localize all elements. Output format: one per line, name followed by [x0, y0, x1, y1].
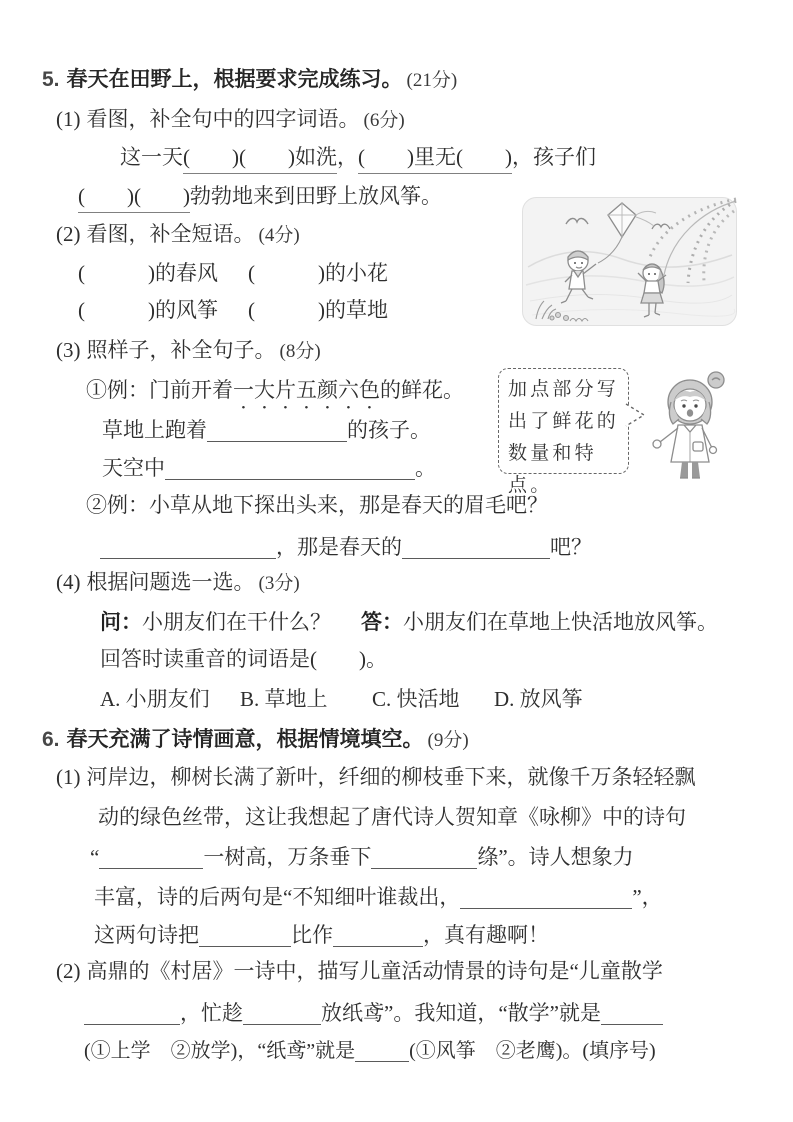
q5-part4-heading: (4)根据问题选一选。(3分) — [56, 567, 300, 599]
q6-part2-line1: (2)高鼎的《村居》一诗中，描写儿童活动情景的诗句是“儿童散学 — [56, 956, 663, 986]
girl-mascot-icon — [640, 368, 745, 486]
question-5-heading: 5.春天在田野上，根据要求完成练习。(21分) — [42, 64, 457, 96]
sentence-text: “ — [90, 845, 99, 869]
q5-p1-sentence-line1: 这一天( )( )如洗，( )里无( )，孩子们 — [120, 142, 596, 172]
sentence-text: 草地上跑着 — [102, 418, 207, 442]
question-5-points: (21分) — [407, 70, 458, 91]
sentence-text: ”， — [632, 885, 662, 909]
children-flying-kite-icon — [522, 197, 737, 326]
sentence-text: 河岸边，柳树长满了新叶，纤细的柳枝垂下来，就像千万条轻轻飘 — [87, 765, 696, 789]
answer-blank — [243, 1003, 321, 1025]
sentence-text: 。 — [415, 456, 436, 480]
q5-p4-question-answer: 问：小朋友们在干什么？答：小朋友们在草地上快活地放风筝。 — [100, 607, 718, 638]
answer-blank — [199, 925, 291, 947]
sentence-text: ，孩子们 — [512, 145, 596, 169]
sentence-text: 比作 — [291, 923, 333, 947]
sentence-text: 这两句诗把 — [94, 923, 199, 947]
sentence-text: ， — [337, 145, 358, 169]
sentence-text: 天空中 — [102, 456, 165, 480]
answer-label: 答： — [361, 611, 403, 634]
q6-part1-line1: (1)河岸边，柳树长满了新叶，纤细的柳枝垂下来，就像千万条轻轻飘 — [56, 762, 696, 792]
question-6-heading: 6.春天充满了诗情画意，根据情境填空。(9分) — [42, 724, 469, 756]
sentence-text: 放纸鸢”。我知道，“散学”就是 — [321, 1001, 601, 1025]
bubble-text-line: 加点部分写 — [508, 374, 619, 406]
question-5-number: 5. — [42, 68, 60, 91]
sentence-text: 吧？ — [550, 535, 592, 559]
part3-title: 照样子，补全句子。 — [87, 338, 276, 362]
sentence-text: 动的绿色丝带，这让我想起了唐代诗人贺知章《咏柳》中的诗句 — [98, 805, 686, 829]
sentence-text: 一树高，万条垂下 — [203, 845, 371, 869]
sentence-text: 高鼎的《村居》一诗中，描写儿童活动情景的诗句是“儿童散学 — [87, 959, 663, 983]
sentence-text: (①风筝 ②老鹰)。(填序号) — [409, 1040, 656, 1062]
part4-title: 根据问题选一选。 — [87, 570, 255, 594]
part1-points: (6分) — [364, 110, 405, 131]
answer-blank — [402, 537, 550, 559]
q6-part2-line3: (①上学 ②放学)，“纸鸢”就是(①风筝 ②老鹰)。(填序号) — [84, 1036, 656, 1066]
option-d: D. 放风筝 — [494, 684, 583, 714]
q5-p3-example1: ①例：门前开着一大片五颜六色的鲜花。 — [86, 375, 464, 414]
fill-in-parens: ( )( )如洗 — [183, 145, 337, 174]
example-text: 的鲜花。 — [380, 378, 464, 402]
example-text: ②例：小草从地下探出头来，那是春天的眉毛吧？ — [86, 493, 548, 517]
part4-points: (3分) — [259, 573, 300, 594]
q5-p3-sentence2: 天空中。 — [102, 453, 436, 483]
option-c: C. 快活地 — [372, 684, 460, 714]
sentence-text: 这一天 — [120, 145, 183, 169]
part-label: (1) — [56, 765, 81, 789]
answer-blank — [355, 1041, 409, 1062]
question-label: 问： — [100, 611, 142, 634]
fill-in-parens: ( )( ) — [78, 184, 190, 213]
question-6-title: 春天充满了诗情画意，根据情境填空。 — [67, 728, 424, 751]
part4-label: (4) — [56, 570, 81, 594]
phrase-item: ( )的小花 — [248, 258, 388, 288]
q5-p4-follow-up: 回答时读重音的词语是( )。 — [100, 644, 387, 674]
q5-part2-heading: (2)看图，补全短语。(4分) — [56, 219, 300, 251]
part3-label: (3) — [56, 338, 81, 362]
q5-p1-sentence-line2: ( )( )勃勃地来到田野上放风筝。 — [78, 181, 442, 211]
answer-blank — [601, 1003, 663, 1025]
answer-blank — [207, 420, 347, 442]
phrase-item: ( )的春风 — [78, 258, 218, 288]
q5-p3-example2: ②例：小草从地下探出头来，那是春天的眉毛吧？ — [86, 490, 548, 520]
question-5-title: 春天在田野上，根据要求完成练习。 — [67, 68, 403, 91]
sentence-text: 勃勃地来到田野上放风筝。 — [190, 184, 442, 208]
example-text: ①例：门前开着 — [86, 378, 233, 402]
question-6-points: (9分) — [428, 730, 469, 751]
bubble-text-line: 出了鲜花的 — [508, 406, 619, 438]
answer-blank — [460, 887, 632, 909]
q6-part2-line2: ，忙趁放纸鸢”。我知道，“散学”就是 — [84, 998, 663, 1028]
part2-title: 看图，补全短语。 — [87, 222, 255, 246]
sentence-text: ，真有趣啊！ — [423, 923, 549, 947]
option-a: A. 小朋友们 — [100, 684, 210, 714]
answer-blank — [99, 847, 203, 869]
part1-title: 看图，补全句中的四字词语。 — [87, 107, 360, 131]
hint-speech-bubble: 加点部分写 出了鲜花的 数量和特点。 — [498, 368, 629, 474]
sentence-text: 的孩子。 — [347, 418, 431, 442]
worksheet-page: 5.春天在田野上，根据要求完成练习。(21分) (1)看图，补全句中的四字词语。… — [0, 0, 793, 1122]
answer-text: 小朋友们在草地上快活地放风筝。 — [403, 610, 718, 634]
phrase-item: ( )的草地 — [248, 295, 388, 325]
q5-p3-sentence1: 草地上跑着的孩子。 — [102, 415, 431, 445]
q6-part1-line3: “一树高，万条垂下绦”。诗人想象力 — [90, 842, 634, 872]
sentence-text: ，那是春天的 — [276, 535, 402, 559]
q5-p3-sentence3: ，那是春天的吧？ — [100, 532, 592, 562]
sentence-text: (①上学 ②放学)，“纸鸢”就是 — [84, 1040, 355, 1062]
answer-blank — [371, 847, 477, 869]
answer-blank — [333, 925, 423, 947]
sentence-text: 绦”。诗人想象力 — [477, 845, 633, 869]
fill-in-parens: ( )里无( ) — [358, 145, 512, 174]
emphasized-text: 一大片五颜六色 — [233, 378, 380, 402]
answer-blank — [84, 1003, 180, 1025]
part3-points: (8分) — [280, 341, 321, 362]
sentence-text: ，忙趁 — [180, 1001, 243, 1025]
part2-label: (2) — [56, 222, 81, 246]
answer-blank — [100, 537, 276, 559]
q6-part1-line4: 丰富，诗的后两句是“不知细叶谁裁出，”， — [94, 882, 663, 912]
q6-part1-line5: 这两句诗把比作，真有趣啊！ — [94, 920, 549, 950]
part-label: (2) — [56, 959, 81, 983]
sentence-text: 丰富，诗的后两句是“不知细叶谁裁出， — [94, 885, 460, 909]
answer-blank — [165, 458, 415, 480]
girl-mascot-illustration — [640, 368, 745, 492]
question-text: 小朋友们在干什么？ — [142, 610, 331, 634]
follow-up-text: 回答时读重音的词语是( )。 — [100, 647, 387, 671]
option-b: B. 草地上 — [240, 684, 328, 714]
q5-part1-heading: (1)看图，补全句中的四字词语。(6分) — [56, 104, 405, 136]
q5-part3-heading: (3)照样子，补全句子。(8分) — [56, 335, 321, 367]
part1-label: (1) — [56, 107, 81, 131]
kite-scene-illustration — [522, 197, 737, 332]
part2-points: (4分) — [259, 225, 300, 246]
q6-part1-line2: 动的绿色丝带，这让我想起了唐代诗人贺知章《咏柳》中的诗句 — [98, 802, 686, 832]
phrase-item: ( )的风筝 — [78, 295, 218, 325]
question-6-number: 6. — [42, 728, 60, 751]
